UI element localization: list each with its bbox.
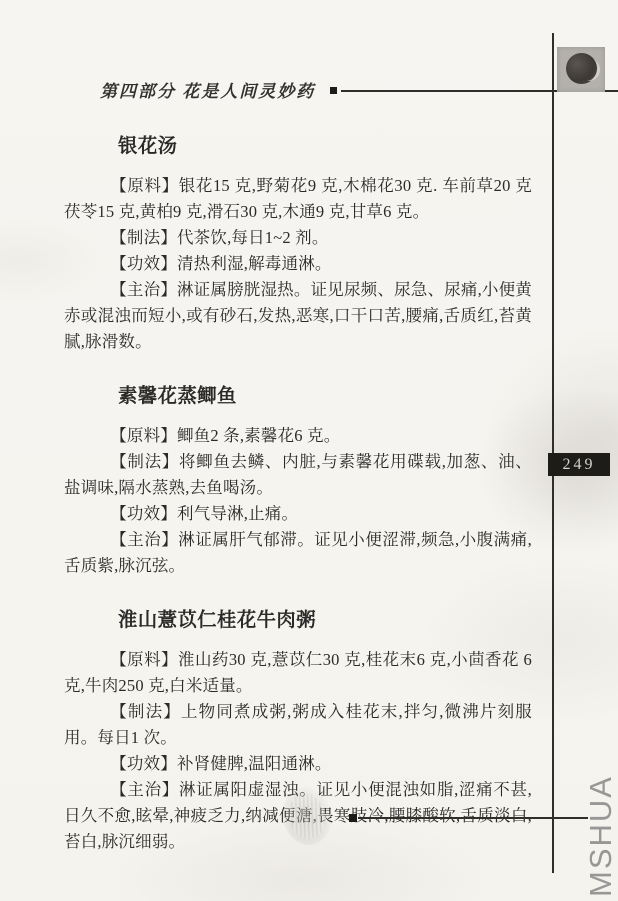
recipe-effect: 【功效】补肾健脾,温阳通淋。 — [64, 751, 532, 777]
recipe-section: 银花汤 【原料】银花15 克,野菊花9 克,木棉花30 克. 车前草20 克 茯… — [64, 134, 532, 355]
book-page: 第四部分 花是人间灵妙药 249 银花汤 【原料】银花15 克,野菊花9 克,木… — [0, 0, 618, 901]
recipe-effect: 【功效】清热利湿,解毒通淋。 — [64, 251, 532, 277]
stamp-ridges — [285, 790, 330, 842]
footer-rule — [358, 817, 588, 819]
recipe-ingredients: 【原料】鲫鱼2 条,素馨花6 克。 — [64, 423, 532, 449]
recipe-effect: 【功效】利气导淋,止痛。 — [64, 501, 532, 527]
recipe-method: 【制法】代茶饮,每日1~2 剂。 — [64, 225, 532, 251]
recipe-indication: 【主治】淋证属肝气郁滞。证见小便涩滞,频急,小腹满痛,舌质紫,脉沉弦。 — [64, 527, 532, 579]
recipe-ingredients: 【原料】银花15 克,野菊花9 克,木棉花30 克. 车前草20 克 茯苓15 … — [64, 173, 532, 225]
page-number-badge: 249 — [548, 453, 610, 476]
square-bullet-icon — [330, 87, 337, 94]
flower-photo-icon — [557, 47, 605, 92]
running-head-title: 第四部分 花是人间灵妙药 — [100, 77, 315, 102]
recipe-title: 淮山薏苡仁桂花牛肉粥 — [64, 579, 532, 647]
recipe-method: 【制法】上物同煮成粥,粥成入桂花末,拌匀,微沸片刻服用。每日1 次。 — [64, 699, 532, 751]
recipe-indication: 【主治】淋证属膀胱湿热。证见尿频、尿急、尿痛,小便黄赤或混浊而短小,或有砂石,发… — [64, 277, 532, 355]
square-bullet-icon — [349, 814, 357, 822]
recipe-method: 【制法】将鲫鱼去鳞、内脏,与素馨花用碟载,加葱、油、盐调味,隔水蒸熟,去鱼喝汤。 — [64, 449, 532, 501]
recipe-title: 银花汤 — [64, 134, 532, 173]
recipe-ingredients: 【原料】淮山药30 克,薏苡仁30 克,桂花末6 克,小茴香花 6 克,牛肉25… — [64, 647, 532, 699]
recipe-section: 素馨花蒸鲫鱼 【原料】鲫鱼2 条,素馨花6 克。 【制法】将鲫鱼去鳞、内脏,与素… — [64, 355, 532, 579]
side-watermark-label: MSHUA — [583, 775, 618, 897]
page-content: 银花汤 【原料】银花15 克,野菊花9 克,木棉花30 克. 车前草20 克 茯… — [64, 134, 532, 855]
recipe-title: 素馨花蒸鲫鱼 — [64, 355, 532, 423]
